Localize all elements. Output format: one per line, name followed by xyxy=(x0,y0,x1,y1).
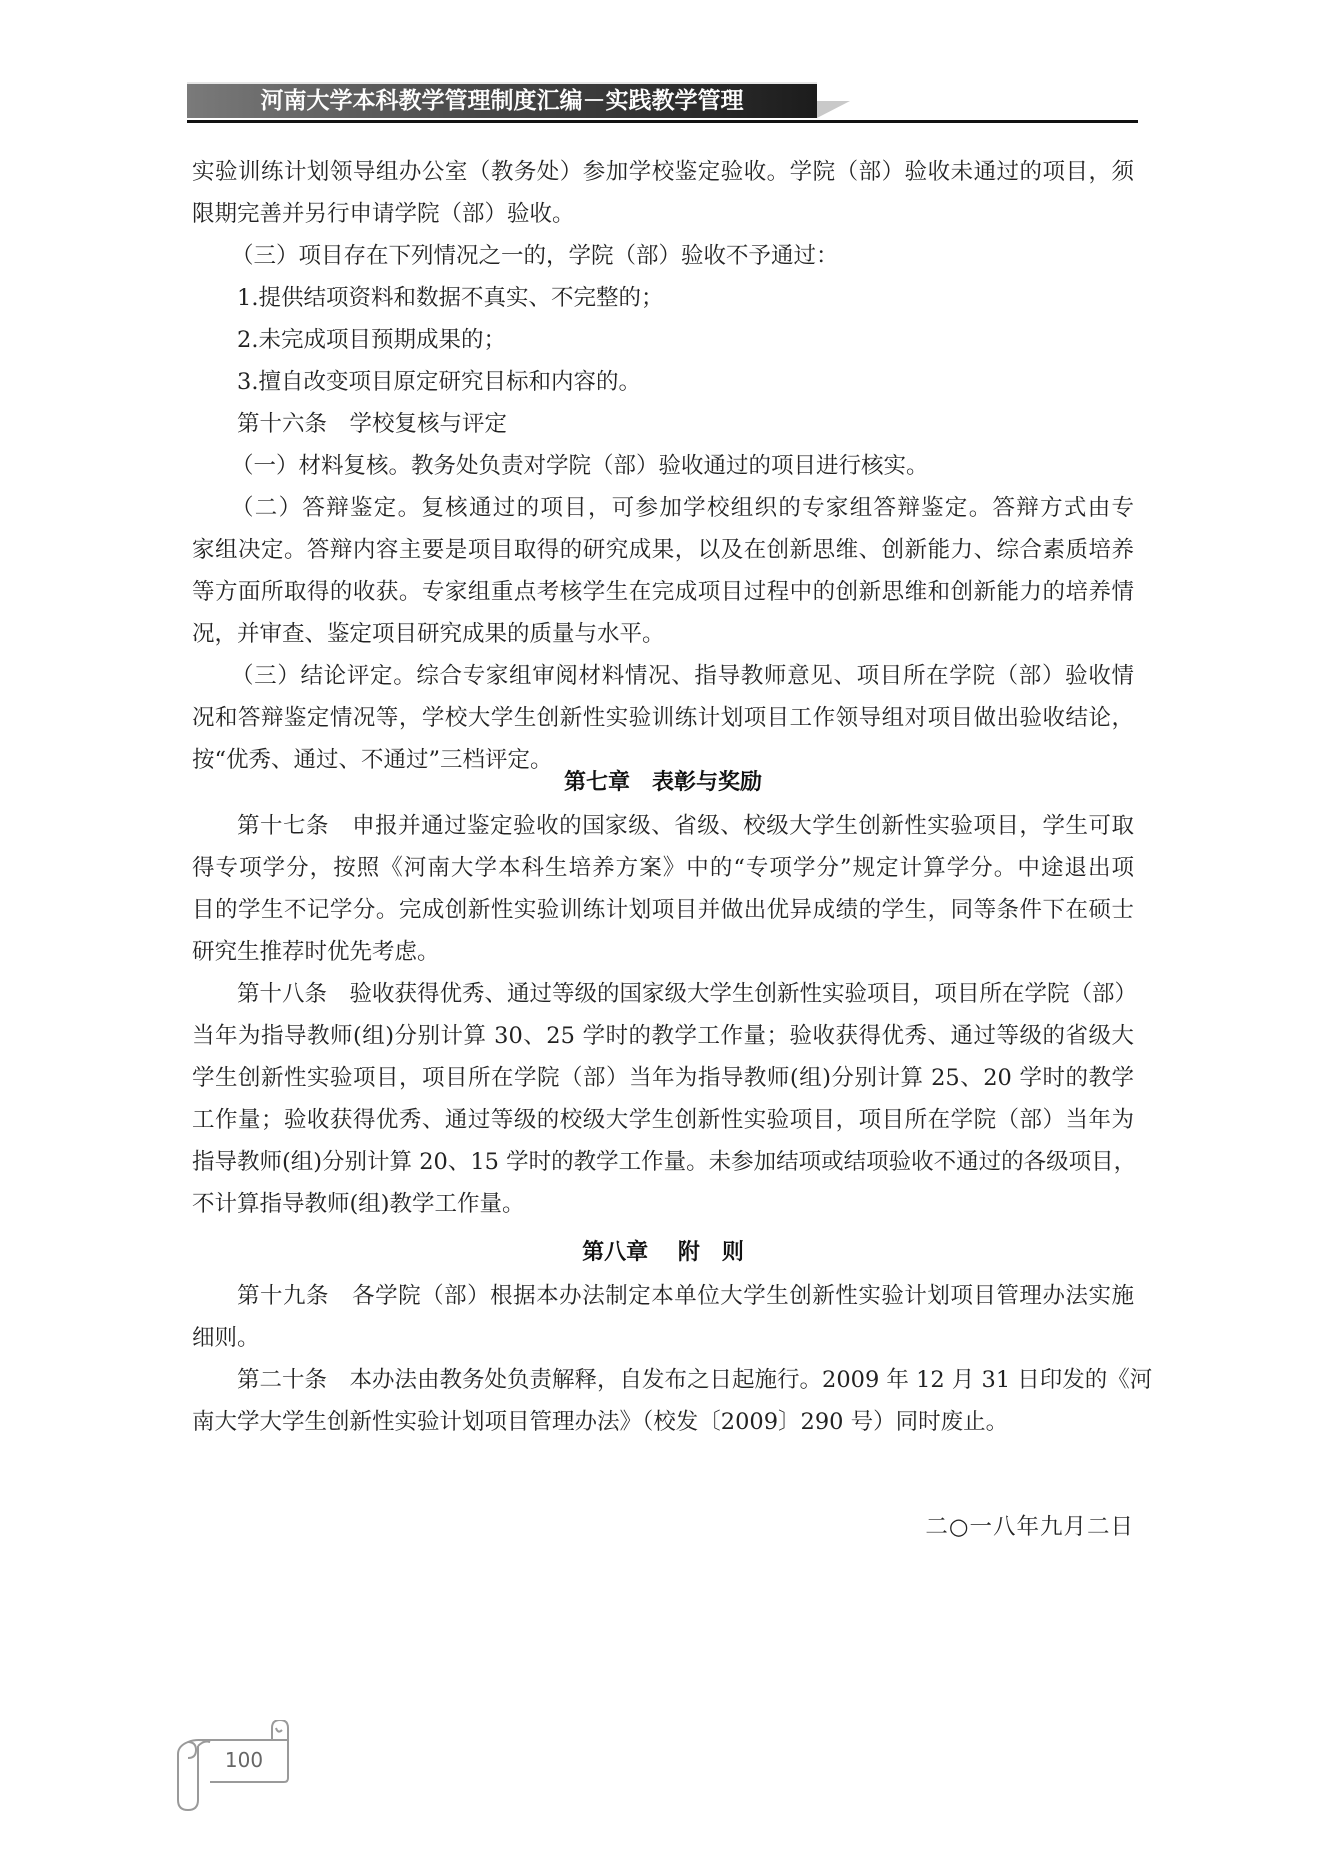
text-line: （二）答辩鉴定。复核通过的项目，可参加学校组织的专家组答辩鉴定。答辩方式由专 xyxy=(231,493,1134,523)
banner-tail-decoration xyxy=(817,101,850,118)
text-line: （三）项目存在下列情况之一的，学院（部）验收不予通过： xyxy=(231,241,1134,271)
text-line: 限期完善并另行申请学院（部）验收。 xyxy=(192,199,1134,229)
text-line: 等方面所取得的收获。专家组重点考核学生在完成项目过程中的创新思维和创新能力的培养… xyxy=(192,577,1134,607)
text-line: 2.未完成项目预期成果的； xyxy=(237,325,1134,355)
text-line: 研究生推荐时优先考虑。 xyxy=(192,937,1134,967)
text-line: 第十七条 申报并通过鉴定验收的国家级、省级、校级大学生创新性实验项目，学生可取 xyxy=(237,811,1134,841)
header-rule xyxy=(187,120,1138,123)
header-title: 河南大学本科教学管理制度汇编－实践教学管理 xyxy=(187,84,817,118)
text-line: 细则。 xyxy=(192,1323,1134,1353)
chapter-7-title: 第七章 表彰与奖励 xyxy=(192,768,1134,798)
header-banner: 河南大学本科教学管理制度汇编－实践教学管理 xyxy=(187,84,817,118)
text-line: 况，并审查、鉴定项目研究成果的质量与水平。 xyxy=(192,619,1134,649)
text-line: 指导教师(组)分别计算 20、15 学时的教学工作量。未参加结项或结项验收不通过… xyxy=(192,1147,1134,1177)
text-line: 3.擅自改变项目原定研究目标和内容的。 xyxy=(237,367,1134,397)
text-line: 1.提供结项资料和数据不真实、不完整的； xyxy=(237,283,1134,313)
page-number: 100 xyxy=(214,1748,274,1772)
text-line: 南大学大学生创新性实验计划项目管理办法》（校发〔2009〕290 号）同时废止。 xyxy=(192,1407,1134,1437)
text-line: 当年为指导教师(组)分别计算 30、25 学时的教学工作量；验收获得优秀、通过等… xyxy=(192,1021,1134,1051)
text-line: 得专项学分，按照《河南大学本科生培养方案》中的“专项学分”规定计算学分。中途退出… xyxy=(192,853,1134,883)
text-line: 家组决定。答辩内容主要是项目取得的研究成果，以及在创新思维、创新能力、综合素质培… xyxy=(192,535,1134,565)
issue-date: 二○一八年九月二日 xyxy=(925,1512,1134,1542)
text-line: 目的学生不记学分。完成创新性实验训练计划项目并做出优异成绩的学生，同等条件下在硕… xyxy=(192,895,1134,925)
text-line: （三）结论评定。综合专家组审阅材料情况、指导教师意见、项目所在学院（部）验收情 xyxy=(231,661,1134,691)
text-line: 第十八条 验收获得优秀、通过等级的国家级大学生创新性实验项目，项目所在学院（部） xyxy=(237,979,1134,1009)
text-line: 工作量；验收获得优秀、通过等级的校级大学生创新性实验项目，项目所在学院（部）当年… xyxy=(192,1105,1134,1135)
chapter-8-title: 第八章 附 则 xyxy=(192,1238,1134,1268)
text-line: （一）材料复核。教务处负责对学院（部）验收通过的项目进行核实。 xyxy=(231,451,1134,481)
text-line: 第二十条 本办法由教务处负责解释，自发布之日起施行。2009 年 12 月 31… xyxy=(237,1365,1134,1395)
text-line: 第十六条 学校复核与评定 xyxy=(237,409,1134,439)
scroll-banner-icon xyxy=(170,1720,300,1830)
text-line: 第十九条 各学院（部）根据本办法制定本单位大学生创新性实验计划项目管理办法实施 xyxy=(237,1281,1134,1311)
text-line: 学生创新性实验项目，项目所在学院（部）当年为指导教师(组)分别计算 25、20 … xyxy=(192,1063,1134,1093)
text-line: 实验训练计划领导组办公室（教务处）参加学校鉴定验收。学院（部）验收未通过的项目，… xyxy=(192,157,1134,187)
text-line: 不计算指导教师(组)教学工作量。 xyxy=(192,1189,1134,1219)
text-line: 况和答辩鉴定情况等，学校大学生创新性实验训练计划项目工作领导组对项目做出验收结论… xyxy=(192,703,1134,733)
